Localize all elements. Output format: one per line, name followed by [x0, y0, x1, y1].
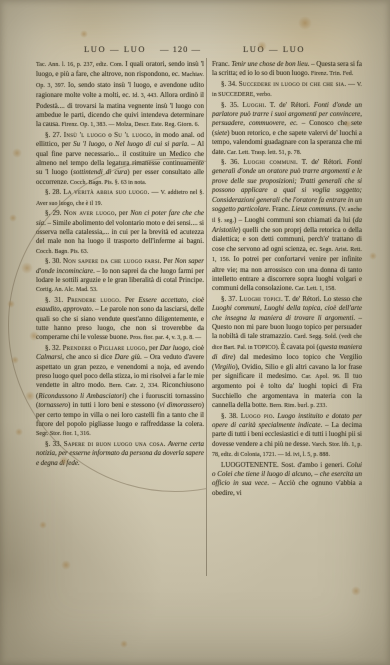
text-run: Luoghi communi — [243, 158, 296, 166]
text-run: siete — [214, 129, 227, 137]
text-run: Insù 'l luogo — [64, 131, 106, 139]
text-run: §. 35. — [221, 101, 243, 109]
text-run: sottintendi di cura — [73, 168, 127, 176]
foxing-stain — [120, 640, 128, 648]
text-run: , per — [145, 344, 159, 352]
text-run: Luoghi communi, Luoghi della topica, cio… — [212, 304, 362, 321]
foxing-stain — [9, 214, 17, 222]
text-run: . — — [344, 80, 356, 88]
foxing-stain — [39, 521, 47, 529]
paragraph: §. 32. Prendere o Pigliare luogo, per Da… — [36, 344, 204, 440]
text-run: Car. Apol. 96. — [302, 374, 345, 380]
text-run: Cortig. An. Alc. Mad. 53. — [36, 287, 98, 293]
left-column: Tac. Ann. l. 16, p. 237, ediz. Com. I qu… — [36, 60, 204, 468]
text-run: §. 31. — [45, 296, 67, 304]
foxing-stain — [80, 30, 88, 38]
text-run: Prendere luogo — [67, 296, 119, 304]
text-run: LUOGOTENENTE. Sost. d'ambo i generi. — [221, 461, 346, 469]
text-run: Firenz. Op. 1, 383. — Molza, Descr. Este… — [61, 122, 199, 128]
paragraph: §. 36. Luoghi communi. T. de' Rétori. Fo… — [212, 158, 362, 295]
text-run: Dare giù — [115, 353, 140, 361]
text-run: tornassero — [38, 401, 68, 409]
paragraph: LUOGOTENENTE. Sost. d'ambo i generi. Col… — [212, 461, 362, 499]
text-run: Prendere — [63, 344, 92, 352]
text-run: ) – Luoghi communi son chiamati da lui ( — [234, 216, 355, 224]
text-run: Io potrei per confortarvi venire per inf… — [212, 255, 362, 292]
text-run: ) in tutti i loro beni e stessono ( — [68, 401, 160, 409]
running-head-left: LUO — LUO — [84, 44, 146, 56]
paragraph: §. 27. Insù 'l luogo o Su 'l luogo, in m… — [36, 131, 204, 188]
text-run: §. 33. — [45, 440, 64, 448]
foxing-stain — [25, 391, 35, 401]
text-run: È cavata poi ( — [281, 343, 319, 351]
text-run: Firenz. Trin. Fed. — [311, 71, 353, 77]
text-run: Dar luogo — [160, 344, 189, 352]
text-run: Non aver luogo — [64, 209, 115, 217]
paragraph: Tac. Ann. l. 16, p. 237, ediz. Com. I qu… — [36, 60, 204, 131]
text-run: §. 29. — [45, 209, 64, 217]
foxing-stain — [369, 252, 377, 260]
paragraph: §. 38. Luogo pio. Luogo instituito e dot… — [212, 412, 362, 461]
text-run: . Per — [160, 257, 175, 265]
text-run: Luogo pio — [241, 412, 273, 420]
text-run: §. 27. — [45, 131, 64, 139]
text-run: o — [106, 131, 114, 139]
text-run: §. 38. — [221, 412, 241, 420]
text-run: Franc. — [212, 60, 231, 68]
text-run: §. 34. — [221, 80, 239, 88]
paragraph: §. 29. Non aver luogo, per Non ci poter … — [36, 209, 204, 257]
text-run: . T. de' Rétori. Lo stesso che — [281, 295, 362, 303]
text-run: Luoghi topici — [239, 295, 281, 303]
text-run: Sapere di buon luogo una cosa — [64, 440, 164, 448]
text-run: §. 36. — [221, 158, 243, 166]
paragraph: Franc. Tenir une chose de bon lieu. – Qu… — [212, 60, 362, 80]
text-run: §. 32. — [45, 344, 63, 352]
text-run: Lieux communs — [292, 205, 336, 213]
paragraph: §. 31. Prendere luogo. Per Essere accett… — [36, 296, 204, 344]
foxing-stain — [298, 16, 312, 30]
paragraph: §. 33. Sapere di buon luogo una cosa. Av… — [36, 440, 204, 468]
text-run: Cocch. Bagn. Pis. 63. — [36, 249, 88, 255]
text-run: La verità abbia suo luogo — [63, 188, 147, 196]
paragraph: §. 34. Succedere in luogo di che che sia… — [212, 80, 362, 101]
foxing-stain — [11, 356, 19, 364]
foxing-stain — [12, 148, 22, 158]
text-run: Tenir une chose de bon lieu — [231, 60, 307, 68]
paragraph: §. 28. La verità abbia suo luogo. — V. a… — [36, 188, 204, 209]
paragraph: §. 35. Luoghi. T. de' Rétori. Fonti d'on… — [212, 101, 362, 158]
text-run: Tac. Ann. l. 16, p. 237, ediz. Com. — [36, 62, 125, 68]
text-run: Cocch. Bagn. Pis. §. 63 in nota. — [70, 180, 146, 186]
foxing-stain — [21, 262, 33, 274]
running-head-right: LUO — LUO — [243, 44, 305, 56]
text-run: Id. 3, 443. — [132, 93, 160, 99]
page-number: — 120 — — [160, 44, 201, 56]
foxing-stain — [351, 586, 361, 596]
text-run: , cioè — [189, 344, 204, 352]
foxing-stain — [61, 560, 71, 570]
text-run: , per — [115, 209, 130, 217]
paragraph: §. 30. Non sapere da che luogo farsi. Pe… — [36, 257, 204, 296]
text-run: Car. Lett. Trasp. lett. 51, p. 78. — [227, 150, 301, 156]
text-run: Succedere in luogo di che che sia — [239, 80, 345, 88]
foxing-stain — [7, 300, 15, 308]
text-run: . Per — [119, 296, 138, 304]
right-column: Franc. Tenir une chose de bon lieu. – Qu… — [212, 60, 362, 498]
text-run: Segr. Stor. fior. 1, 316. — [36, 431, 91, 437]
text-run: Calmarsi — [36, 353, 62, 361]
text-run: Luoghi — [243, 101, 265, 109]
text-run: Franc. — [270, 205, 291, 213]
text-run: Bern. Rim. burl. p. 233. — [269, 403, 327, 409]
text-run: o — [92, 344, 99, 352]
text-run: . T. de' Rétori. — [264, 101, 313, 109]
text-run: Pigliare luogo — [99, 344, 146, 352]
column-divider-rule — [206, 58, 207, 576]
text-run: §. 37. — [221, 295, 239, 303]
scanned-book-page: LUO — LUO — 120 — LUO — LUO Tac. Ann. l.… — [0, 0, 390, 665]
text-run: Bern. Catr. 2, 334. — [109, 383, 162, 389]
text-run: , che anco si dice — [62, 353, 115, 361]
text-run: . T. de' Rétori. — [296, 158, 347, 166]
foxing-stain — [15, 428, 23, 436]
text-run: Virgilio — [214, 363, 235, 371]
text-run: §. 30. — [45, 257, 63, 265]
text-run: §. 28. — [45, 188, 63, 196]
text-run: . — — [148, 188, 161, 196]
text-run: Ricondussono li Ambasciatori — [38, 392, 124, 400]
text-run: Pros. fior. par. 4, v. 3, p. 8. — — [130, 335, 201, 341]
text-run: Non sapere da che luogo farsi — [63, 257, 160, 265]
text-run: vi dimorassero — [160, 401, 202, 409]
text-run: . – Simile abolimento del volontario mot… — [36, 219, 204, 246]
text-run: Car. Lett. 1, 158. — [295, 286, 336, 292]
text-run: Su 'l luogo, o Nel luogo di cui si parla — [73, 140, 187, 148]
text-run: Su 'l luogo — [114, 131, 151, 139]
paragraph: §. 37. Luoghi topici. T. de' Rétori. Lo … — [212, 295, 362, 412]
